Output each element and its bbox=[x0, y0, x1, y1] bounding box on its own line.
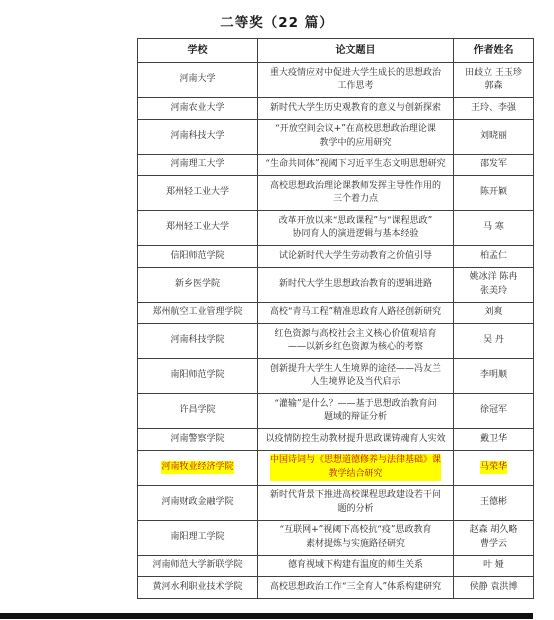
school-cell-text: 河南财政金融学院 bbox=[161, 496, 233, 510]
paper-title-cell: 改革开放以来“思政课程”与“课程思政” 协同育人的演进逻辑与基本经验 bbox=[258, 211, 454, 246]
school-cell: 南阳师范学院 bbox=[138, 359, 258, 394]
table-row: 南阳师范学院创新提升大学生人生境界的途径——冯友兰 人生境界论及当代启示李明顺 bbox=[138, 359, 534, 394]
table-row: 河南警察学院以疫情防控生动教材提升思政课铸魂育人实效戴卫华 bbox=[138, 429, 534, 451]
table-row: 郑州轻工业大学改革开放以来“思政课程”与“课程思政” 协同育人的演进逻辑与基本经… bbox=[138, 211, 534, 246]
school-cell: 河南师范大学新联学院 bbox=[138, 555, 258, 577]
school-cell-text: 河南科技学院 bbox=[170, 334, 224, 348]
authors-cell: 陈开颖 bbox=[454, 176, 534, 211]
paper-title-cell-text: “开放空间会议+”在高校思想政治理论课 教学中的应用研究 bbox=[275, 123, 436, 150]
school-cell: 河南大学 bbox=[138, 63, 258, 98]
header-school: 学校 bbox=[138, 39, 258, 63]
school-cell: 河南科技学院 bbox=[138, 324, 258, 359]
school-cell-text: 河南警察学院 bbox=[170, 433, 224, 447]
paper-title-cell: 以疫情防控生动教材提升思政课铸魂育人实效 bbox=[258, 429, 454, 451]
school-cell-text: 河南师范大学新联学院 bbox=[152, 559, 242, 573]
table-row: 许昌学院“灌输”是什么？——基于思想政治教育问 题域的辩证分析徐冠军 bbox=[138, 394, 534, 429]
paper-title-cell-text: 新时代大学生思想政治教育的逻辑进路 bbox=[279, 278, 432, 292]
school-cell-text: 黄河水利职业技术学院 bbox=[152, 581, 242, 595]
paper-title-cell-text: 重大疫情应对中促进大学生成长的思想政治 工作思考 bbox=[270, 67, 441, 94]
table-row: 河南师范大学新联学院德育视域下构建有温度的师生关系叶 娅 bbox=[138, 555, 534, 577]
paper-title-cell: “开放空间会议+”在高校思想政治理论课 教学中的应用研究 bbox=[258, 119, 454, 154]
authors-cell-text: 陈开颖 bbox=[480, 186, 507, 200]
authors-cell-text: 刘爽 bbox=[484, 306, 502, 320]
school-cell-text: 河南农业大学 bbox=[170, 102, 224, 116]
authors-cell: 李明顺 bbox=[454, 359, 534, 394]
school-cell: 河南财政金融学院 bbox=[138, 485, 258, 520]
authors-cell-text: 吴 丹 bbox=[483, 334, 504, 348]
paper-title-cell: 红色资源与高校社会主义核心价值观培育 ——以新乡红色资源为核心的考察 bbox=[258, 324, 454, 359]
paper-title-cell: 中国诗词与《思想道德修养与法律基础》课 教学结合研究 bbox=[258, 450, 454, 485]
paper-title-cell-text: “灌输”是什么？——基于思想政治教育问 题域的辩证分析 bbox=[274, 398, 436, 425]
table-row: 河南科技学院红色资源与高校社会主义核心价值观培育 ——以新乡红色资源为核心的考察… bbox=[138, 324, 534, 359]
table-row: 河南财政金融学院新时代背景下推进高校课程思政建设若干问 题的分析王德彬 bbox=[138, 485, 534, 520]
paper-title-cell-text: 高校“青马工程”精准思政育人路径创新研究 bbox=[270, 306, 441, 320]
authors-cell: 侯静 袁洪博 bbox=[454, 577, 534, 599]
paper-title-cell-text: 德育视域下构建有温度的师生关系 bbox=[288, 559, 423, 573]
table-row: 河南科技大学“开放空间会议+”在高校思想政治理论课 教学中的应用研究刘晓丽 bbox=[138, 119, 534, 154]
paper-title-cell: 德育视域下构建有温度的师生关系 bbox=[258, 555, 454, 577]
authors-cell: 刘爽 bbox=[454, 302, 534, 324]
section-heading: 二等奖（22 篇） bbox=[0, 11, 554, 31]
paper-title-cell: 新时代背景下推进高校课程思政建设若干问 题的分析 bbox=[258, 485, 454, 520]
authors-cell: 赵森 胡久略 曹学云 bbox=[454, 520, 534, 555]
paper-title-cell-text: “生命共同体”视阈下习近平生态文明思想研究 bbox=[265, 158, 445, 172]
authors-cell: 柏孟仁 bbox=[454, 246, 534, 268]
school-cell-text: 郑州航空工业管理学院 bbox=[152, 306, 242, 320]
authors-cell: 吴 丹 bbox=[454, 324, 534, 359]
authors-cell: 姚冰洋 陈冉 张美玲 bbox=[454, 267, 534, 302]
school-cell-text: 新乡医学院 bbox=[175, 278, 220, 292]
authors-cell-text: 叶 娅 bbox=[483, 559, 504, 573]
authors-cell: 刘晓丽 bbox=[454, 119, 534, 154]
authors-cell-text: 侯静 袁洪博 bbox=[470, 581, 518, 595]
authors-cell-text: 刘晓丽 bbox=[480, 130, 507, 144]
school-cell-text: 信阳师范学院 bbox=[170, 250, 224, 264]
school-cell-text: 河南大学 bbox=[179, 73, 215, 87]
school-cell-text: 河南理工大学 bbox=[170, 158, 224, 172]
school-cell-text: 郑州轻工业大学 bbox=[166, 221, 229, 235]
header-authors: 作者姓名 bbox=[454, 39, 534, 63]
paper-title-cell: 新时代大学生历史观教育的意义与创新探索 bbox=[258, 98, 454, 120]
authors-cell-text: 马 寒 bbox=[483, 221, 504, 235]
authors-cell-text: 邵发军 bbox=[480, 158, 507, 172]
paper-title-cell: 高校“青马工程”精准思政育人路径创新研究 bbox=[258, 302, 454, 324]
paper-title-cell-text: 创新提升大学生人生境界的途径——冯友兰 人生境界论及当代启示 bbox=[270, 363, 441, 390]
document-page: 二等奖（22 篇） 学校 论文题目 作者姓名 河南大学重大疫情应对中促进大学生成… bbox=[0, 0, 554, 620]
paper-title-cell: “生命共同体”视阈下习近平生态文明思想研究 bbox=[258, 154, 454, 176]
school-cell: 郑州轻工业大学 bbox=[138, 176, 258, 211]
authors-cell-text: 王德彬 bbox=[480, 496, 507, 510]
authors-cell: 戴卫华 bbox=[454, 429, 534, 451]
paper-title-cell: “灌输”是什么？——基于思想政治教育问 题域的辩证分析 bbox=[258, 394, 454, 429]
school-cell: 黄河水利职业技术学院 bbox=[138, 577, 258, 599]
authors-cell-text: 马荣华 bbox=[480, 461, 507, 475]
paper-title-cell-text: 新时代大学生历史观教育的意义与创新探索 bbox=[270, 102, 441, 116]
authors-cell-text: 田歧立 王玉珍 郭森 bbox=[465, 67, 522, 94]
table-row: 黄河水利职业技术学院高校思想政治工作“三全育人”体系构建研究侯静 袁洪博 bbox=[138, 577, 534, 599]
authors-cell: 邵发军 bbox=[454, 154, 534, 176]
school-cell-text: 南阳师范学院 bbox=[170, 369, 224, 383]
authors-cell-text: 王玲、李强 bbox=[471, 102, 516, 116]
header-row: 学校 论文题目 作者姓名 bbox=[138, 39, 534, 63]
authors-cell-text: 赵森 胡久略 曹学云 bbox=[470, 524, 518, 551]
school-cell: 新乡医学院 bbox=[138, 267, 258, 302]
authors-cell-text: 姚冰洋 陈冉 张美玲 bbox=[470, 271, 518, 298]
paper-title-cell: 高校思想政治工作“三全育人”体系构建研究 bbox=[258, 577, 454, 599]
school-cell: 河南理工大学 bbox=[138, 154, 258, 176]
paper-title-cell: 试论新时代大学生劳动教育之价值引导 bbox=[258, 246, 454, 268]
school-cell-text: 河南科技大学 bbox=[170, 130, 224, 144]
table-row: 河南大学重大疫情应对中促进大学生成长的思想政治 工作思考田歧立 王玉珍 郭森 bbox=[138, 63, 534, 98]
school-cell-text: 南阳理工学院 bbox=[170, 531, 224, 545]
school-cell-text: 许昌学院 bbox=[179, 404, 215, 418]
authors-cell-text: 徐冠军 bbox=[480, 404, 507, 418]
authors-cell: 马 寒 bbox=[454, 211, 534, 246]
paper-title-cell: 高校思想政治理论课教师发挥主导性作用的 三个着力点 bbox=[258, 176, 454, 211]
page-edge-bar bbox=[0, 613, 533, 619]
school-cell: 南阳理工学院 bbox=[138, 520, 258, 555]
authors-cell: 徐冠军 bbox=[454, 394, 534, 429]
table-row: 郑州轻工业大学高校思想政治理论课教师发挥主导性作用的 三个着力点陈开颖 bbox=[138, 176, 534, 211]
header-paper-title: 论文题目 bbox=[258, 39, 454, 63]
table-row: 新乡医学院新时代大学生思想政治教育的逻辑进路姚冰洋 陈冉 张美玲 bbox=[138, 267, 534, 302]
school-cell: 郑州航空工业管理学院 bbox=[138, 302, 258, 324]
paper-title-cell: 新时代大学生思想政治教育的逻辑进路 bbox=[258, 267, 454, 302]
school-cell: 郑州轻工业大学 bbox=[138, 211, 258, 246]
paper-title-cell-text: 试论新时代大学生劳动教育之价值引导 bbox=[279, 250, 432, 264]
authors-cell-text: 柏孟仁 bbox=[480, 250, 507, 264]
school-cell-text: 河南牧业经济学院 bbox=[161, 461, 233, 475]
paper-title-cell-text: 新时代背景下推进高校课程思政建设若干问 题的分析 bbox=[270, 489, 441, 516]
school-cell: 许昌学院 bbox=[138, 394, 258, 429]
paper-title-cell-text: 红色资源与高校社会主义核心价值观培育 ——以新乡红色资源为核心的考察 bbox=[274, 328, 436, 355]
paper-title-cell: “互联网+”视阈下高校抗“疫”思政教育 素材提炼与实施路径研究 bbox=[258, 520, 454, 555]
table-row: 南阳理工学院“互联网+”视阈下高校抗“疫”思政教育 素材提炼与实施路径研究赵森 … bbox=[138, 520, 534, 555]
school-cell: 信阳师范学院 bbox=[138, 246, 258, 268]
table-row: 郑州航空工业管理学院高校“青马工程”精准思政育人路径创新研究刘爽 bbox=[138, 302, 534, 324]
school-cell-text: 郑州轻工业大学 bbox=[166, 186, 229, 200]
authors-cell: 田歧立 王玉珍 郭森 bbox=[454, 63, 534, 98]
table-row: 信阳师范学院试论新时代大学生劳动教育之价值引导柏孟仁 bbox=[138, 246, 534, 268]
paper-title-cell: 创新提升大学生人生境界的途径——冯友兰 人生境界论及当代启示 bbox=[258, 359, 454, 394]
paper-title-cell-text: 高校思想政治工作“三全育人”体系构建研究 bbox=[270, 581, 441, 595]
school-cell: 河南农业大学 bbox=[138, 98, 258, 120]
paper-title-cell: 重大疫情应对中促进大学生成长的思想政治 工作思考 bbox=[258, 63, 454, 98]
authors-cell: 叶 娅 bbox=[454, 555, 534, 577]
paper-title-cell-text: 以疫情防控生动教材提升思政课铸魂育人实效 bbox=[265, 433, 445, 447]
table-row: 河南牧业经济学院中国诗词与《思想道德修养与法律基础》课 教学结合研究马荣华 bbox=[138, 450, 534, 485]
authors-cell: 马荣华 bbox=[454, 450, 534, 485]
authors-cell: 王玲、李强 bbox=[454, 98, 534, 120]
school-cell: 河南科技大学 bbox=[138, 119, 258, 154]
authors-cell-text: 戴卫华 bbox=[480, 433, 507, 447]
authors-cell: 王德彬 bbox=[454, 485, 534, 520]
paper-title-cell-text: 中国诗词与《思想道德修养与法律基础》课 教学结合研究 bbox=[270, 454, 441, 481]
authors-cell-text: 李明顺 bbox=[480, 369, 507, 383]
school-cell: 河南牧业经济学院 bbox=[138, 450, 258, 485]
paper-title-cell-text: “互联网+”视阈下高校抗“疫”思政教育 素材提炼与实施路径研究 bbox=[280, 524, 432, 551]
awards-table: 学校 论文题目 作者姓名 河南大学重大疫情应对中促进大学生成长的思想政治 工作思… bbox=[137, 38, 534, 599]
paper-title-cell-text: 高校思想政治理论课教师发挥主导性作用的 三个着力点 bbox=[270, 180, 441, 207]
table-row: 河南农业大学新时代大学生历史观教育的意义与创新探索王玲、李强 bbox=[138, 98, 534, 120]
table-row: 河南理工大学“生命共同体”视阈下习近平生态文明思想研究邵发军 bbox=[138, 154, 534, 176]
school-cell: 河南警察学院 bbox=[138, 429, 258, 451]
paper-title-cell-text: 改革开放以来“思政课程”与“课程思政” 协同育人的演进逻辑与基本经验 bbox=[279, 215, 432, 242]
